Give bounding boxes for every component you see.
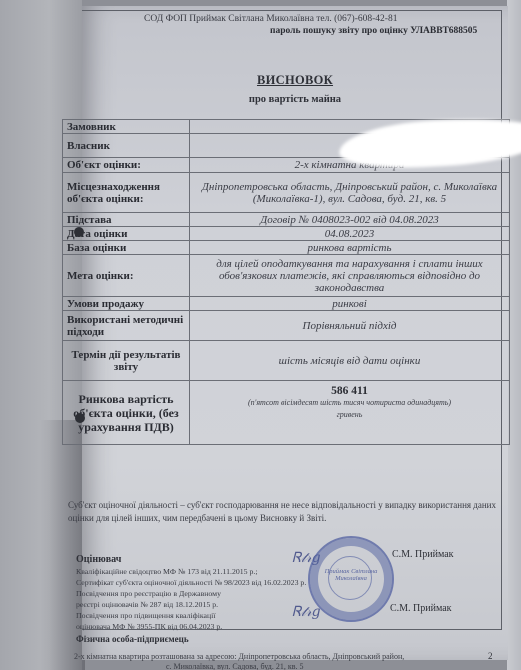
row-value: 04.08.2023 <box>190 227 510 241</box>
binder-hole <box>75 413 85 423</box>
document-title: ВИСНОВОК <box>82 73 508 88</box>
table-row: Умови продажу ринкові <box>63 297 510 311</box>
document-page: СОД ФОП Приймак Світлана Миколаївна тел.… <box>82 6 508 660</box>
document-subtitle: про вартість майна <box>82 94 508 105</box>
row-value: Порівняльний підхід <box>190 311 510 341</box>
currency: гривень <box>194 409 505 421</box>
table-row-market-value: Ринкова вартість об'єкта оцінки, (без ур… <box>63 381 510 445</box>
market-value-words: (п'ятсот вісімдесят шість тисяч чотирист… <box>194 397 505 409</box>
entrepreneur-label: Фізична особа-підприємець <box>76 634 189 644</box>
appraiser-credential: реєстрі оцінювачів № 287 від 18.12.2015 … <box>76 600 218 609</box>
row-value: ринкова вартість <box>190 241 510 255</box>
table-row: Дата оцінки 04.08.2023 <box>63 227 510 241</box>
page-number: 2 <box>488 651 493 661</box>
table-row: Термін дії результатів звіту шість місяц… <box>63 341 510 381</box>
row-label: Термін дії результатів звіту <box>63 341 190 381</box>
table-row: Місцезнаходження об'єкта оцінки: Дніпроп… <box>63 173 510 213</box>
row-label: Мета оцінки: <box>63 255 190 297</box>
appraiser-credential: Сертифікат суб'єкта оціночної діяльності… <box>76 578 306 587</box>
row-value: для цілей оподаткування та нарахування і… <box>190 255 510 297</box>
appraiser-signer-name: С.М. Приймак <box>392 549 454 560</box>
table-row: Використані методичні підходи Порівняльн… <box>63 311 510 341</box>
row-label: База оцінки <box>63 241 190 255</box>
row-value: Договір № 0408023-002 від 04.08.2023 <box>190 213 510 227</box>
disclaimer: Суб'єкт оціночної діяльності – суб'єкт г… <box>68 499 496 525</box>
conclusion-table: Замовник Власник Об'єкт оцінки: 2-х кімн… <box>62 119 510 445</box>
row-label: Використані методичні підходи <box>63 311 190 341</box>
appraiser-heading: Оцінювач <box>76 554 121 565</box>
stamp-text: Приймак Світлана Миколаївна <box>310 568 392 582</box>
row-label: Місцезнаходження об'єкта оцінки: <box>63 173 190 213</box>
table-row: Підстава Договір № 0408023-002 від 04.08… <box>63 213 510 227</box>
table-row: База оцінки ринкова вартість <box>63 241 510 255</box>
row-value: Дніпропетровська область, Дніпровський р… <box>190 173 510 213</box>
appraiser-credential: Посвідчення про підвищення кваліфікації <box>76 611 216 620</box>
footer-address-line2: с. Миколаївка, вул. Садова, буд. 21, кв.… <box>166 662 304 670</box>
table-row: Мета оцінки: для цілей оподаткування та … <box>63 255 510 297</box>
row-label: Об'єкт оцінки: <box>63 158 190 173</box>
entrepreneur-signer-name: С.М. Приймак <box>390 603 452 614</box>
row-label: Підстава <box>63 213 190 227</box>
appraiser-credential: Посвідчення про реєстрацію в Державному <box>76 589 221 598</box>
market-value: 586 411 <box>194 385 505 397</box>
row-value: ринкові <box>190 297 510 311</box>
footer-address-line1: 2-х кімнатна квартира розташована за адр… <box>74 652 404 661</box>
market-value-cell: 586 411 (п'ятсот вісімдесят шість тисяч … <box>190 381 510 445</box>
row-label: Замовник <box>63 120 190 134</box>
appraiser-credential: Кваліфікаційне свідоцтво МФ № 173 від 21… <box>76 567 258 576</box>
row-label: Умови продажу <box>63 297 190 311</box>
header-password: пароль пошуку звіту про оцінку УЛАВВТ688… <box>270 26 477 36</box>
page-curl-shadow <box>40 420 85 670</box>
row-value: шість місяців від дати оцінки <box>190 341 510 381</box>
binder-hole <box>74 227 84 237</box>
appraiser-credential: оцінювача МФ № 3955-ПК від 06.04.2023 р. <box>76 622 222 631</box>
row-label: Власник <box>63 134 190 158</box>
header-organization: СОД ФОП Приймак Світлана Миколаївна тел.… <box>144 14 397 24</box>
entrepreneur-signature: Ꮢ𝓉𝓇𝑔 <box>292 604 321 621</box>
